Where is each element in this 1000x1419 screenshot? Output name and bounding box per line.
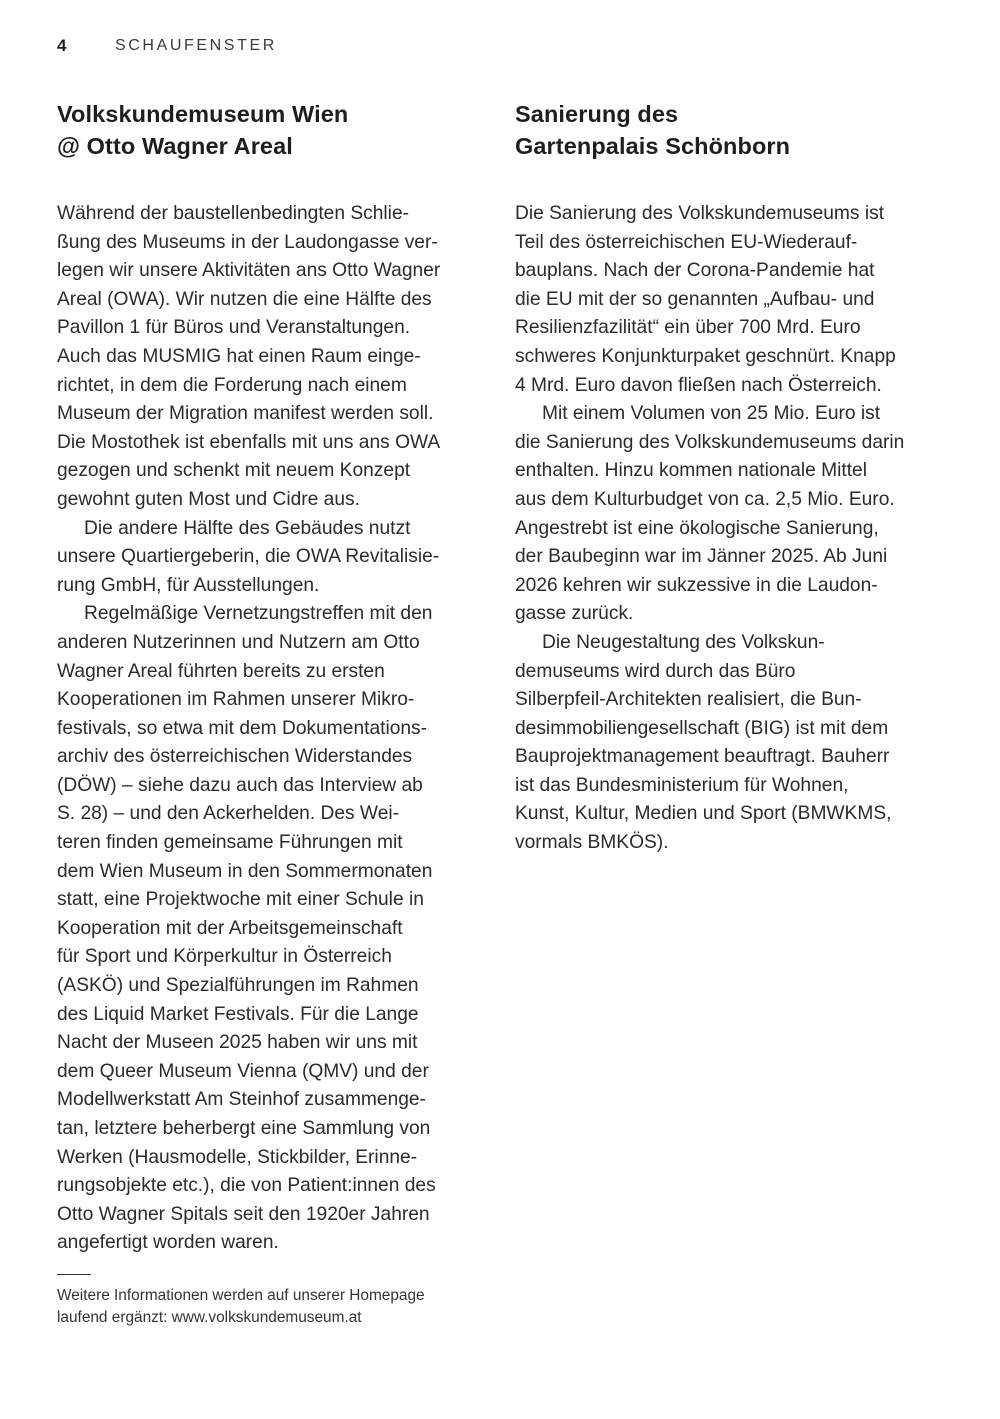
right-article-headline: Sanierung des Gartenpalais Schönborn <box>515 98 945 162</box>
body-line: gasse zurück. <box>515 600 955 629</box>
body-line: teren finden gemeinsame Führungen mit <box>57 829 487 858</box>
body-line: gewohnt guten Most und Cidre aus. <box>57 486 487 515</box>
body-line: (ASKÖ) und Spezialführungen im Rahmen <box>57 972 487 1001</box>
body-line: Otto Wagner Spitals seit den 1920er Jahr… <box>57 1201 487 1230</box>
body-line: festivals, so etwa mit dem Dokumentation… <box>57 715 487 744</box>
body-line: statt, eine Projektwoche mit einer Schul… <box>57 886 487 915</box>
body-line: bauplans. Nach der Corona-Pandemie hat <box>515 257 955 286</box>
body-line: legen wir unsere Aktivitäten ans Otto Wa… <box>57 257 487 286</box>
headline-line: Sanierung des <box>515 98 945 130</box>
body-line: demuseums wird durch das Büro <box>515 658 955 687</box>
body-line: Bauprojektmanagement beauftragt. Bauherr <box>515 743 955 772</box>
right-article-body: Die Sanierung des Volkskundemuseums istT… <box>515 200 955 858</box>
left-article: Volkskundemuseum Wien @ Otto Wagner Area… <box>57 98 487 162</box>
body-line: ist das Bundesministerium für Wohnen, <box>515 772 955 801</box>
body-line: die Sanierung des Volkskundemuseums dari… <box>515 429 955 458</box>
body-line: S. 28) – und den Ackerhelden. Des Wei- <box>57 800 487 829</box>
headline-line: Volkskundemuseum Wien <box>57 98 487 130</box>
left-article-body: Während der baustellenbedingten Schlie-ß… <box>57 200 487 1258</box>
body-line: Die andere Hälfte des Gebäudes nutzt <box>57 515 487 544</box>
body-line: Die Neugestaltung des Volkskun- <box>515 629 955 658</box>
body-line: Wagner Areal führten bereits zu ersten <box>57 658 487 687</box>
body-line: der Baubeginn war im Jänner 2025. Ab Jun… <box>515 543 955 572</box>
body-line: Werken (Hausmodelle, Stickbilder, Erinne… <box>57 1144 487 1173</box>
body-line: rungsobjekte etc.), die von Patient:inne… <box>57 1172 487 1201</box>
page-number: 4 <box>57 36 115 56</box>
body-line: für Sport und Körperkultur in Österreich <box>57 943 487 972</box>
body-line: Kunst, Kultur, Medien und Sport (BMWKMS, <box>515 800 955 829</box>
body-line: Auch das MUSMIG hat einen Raum einge- <box>57 343 487 372</box>
section-label: SCHAUFENSTER <box>115 37 277 55</box>
body-line: ßung des Museums in der Laudongasse ver- <box>57 229 487 258</box>
body-line: desimmobiliengesellschaft (BIG) ist mit … <box>515 715 955 744</box>
footnote-line: laufend ergänzt: www.volkskundemuseum.at <box>57 1307 425 1329</box>
body-line: Pavillon 1 für Büros und Veranstaltungen… <box>57 314 487 343</box>
body-line: anderen Nutzerinnen und Nutzern am Otto <box>57 629 487 658</box>
body-line: Nacht der Museen 2025 haben wir uns mit <box>57 1029 487 1058</box>
body-line: Kooperationen im Rahmen unserer Mikro- <box>57 686 487 715</box>
footnote-line: Weitere Informationen werden auf unserer… <box>57 1285 425 1307</box>
body-line: Die Sanierung des Volkskundemuseums ist <box>515 200 955 229</box>
body-line: Während der baustellenbedingten Schlie- <box>57 200 487 229</box>
body-line: (DÖW) – siehe dazu auch das Interview ab <box>57 772 487 801</box>
footnote: Weitere Informationen werden auf unserer… <box>57 1285 425 1329</box>
body-line: archiv des österreichischen Widerstandes <box>57 743 487 772</box>
body-line: aus dem Kulturbudget von ca. 2,5 Mio. Eu… <box>515 486 955 515</box>
body-line: schweres Konjunkturpaket geschnürt. Knap… <box>515 343 955 372</box>
body-line: enthalten. Hinzu kommen nationale Mittel <box>515 457 955 486</box>
body-line: 2026 kehren wir sukzessive in die Laudon… <box>515 572 955 601</box>
body-line: dem Wien Museum in den Sommermonaten <box>57 858 487 887</box>
body-line: rung GmbH, für Ausstellungen. <box>57 572 487 601</box>
body-line: tan, letztere beherbergt eine Sammlung v… <box>57 1115 487 1144</box>
right-article: Sanierung des Gartenpalais Schönborn <box>515 98 945 162</box>
page-header: 4 SCHAUFENSTER <box>57 34 277 58</box>
left-article-headline: Volkskundemuseum Wien @ Otto Wagner Area… <box>57 98 487 162</box>
body-line: vormals BMKÖS). <box>515 829 955 858</box>
body-line: Resilienzfazilität“ ein über 700 Mrd. Eu… <box>515 314 955 343</box>
body-line: Kooperation mit der Arbeitsgemeinschaft <box>57 915 487 944</box>
body-line: Museum der Migration manifest werden sol… <box>57 400 487 429</box>
body-line: 4 Mrd. Euro davon fließen nach Österreic… <box>515 372 955 401</box>
body-line: Silberpfeil-Architekten realisiert, die … <box>515 686 955 715</box>
body-line: Angestrebt ist eine ökologische Sanierun… <box>515 515 955 544</box>
body-line: Regelmäßige Vernetzungstreffen mit den <box>57 600 487 629</box>
body-line: die EU mit der so genannten „Aufbau- und <box>515 286 955 315</box>
body-line: dem Queer Museum Vienna (QMV) und der <box>57 1058 487 1087</box>
body-line: angefertigt worden waren. <box>57 1229 487 1258</box>
body-line: Teil des österreichischen EU-Wiederauf- <box>515 229 955 258</box>
body-line: gezogen und schenkt mit neuem Konzept <box>57 457 487 486</box>
body-line: Modellwerkstatt Am Steinhof zusammenge- <box>57 1086 487 1115</box>
body-line: Die Mostothek ist ebenfalls mit uns ans … <box>57 429 487 458</box>
body-line: des Liquid Market Festivals. Für die Lan… <box>57 1001 487 1030</box>
body-line: unsere Quartiergeberin, die OWA Revitali… <box>57 543 487 572</box>
footnote-divider <box>57 1274 91 1275</box>
body-line: richtet, in dem die Forderung nach einem <box>57 372 487 401</box>
headline-line: @ Otto Wagner Areal <box>57 130 487 162</box>
body-line: Mit einem Volumen von 25 Mio. Euro ist <box>515 400 955 429</box>
headline-line: Gartenpalais Schönborn <box>515 130 945 162</box>
body-line: Areal (OWA). Wir nutzen die eine Hälfte … <box>57 286 487 315</box>
